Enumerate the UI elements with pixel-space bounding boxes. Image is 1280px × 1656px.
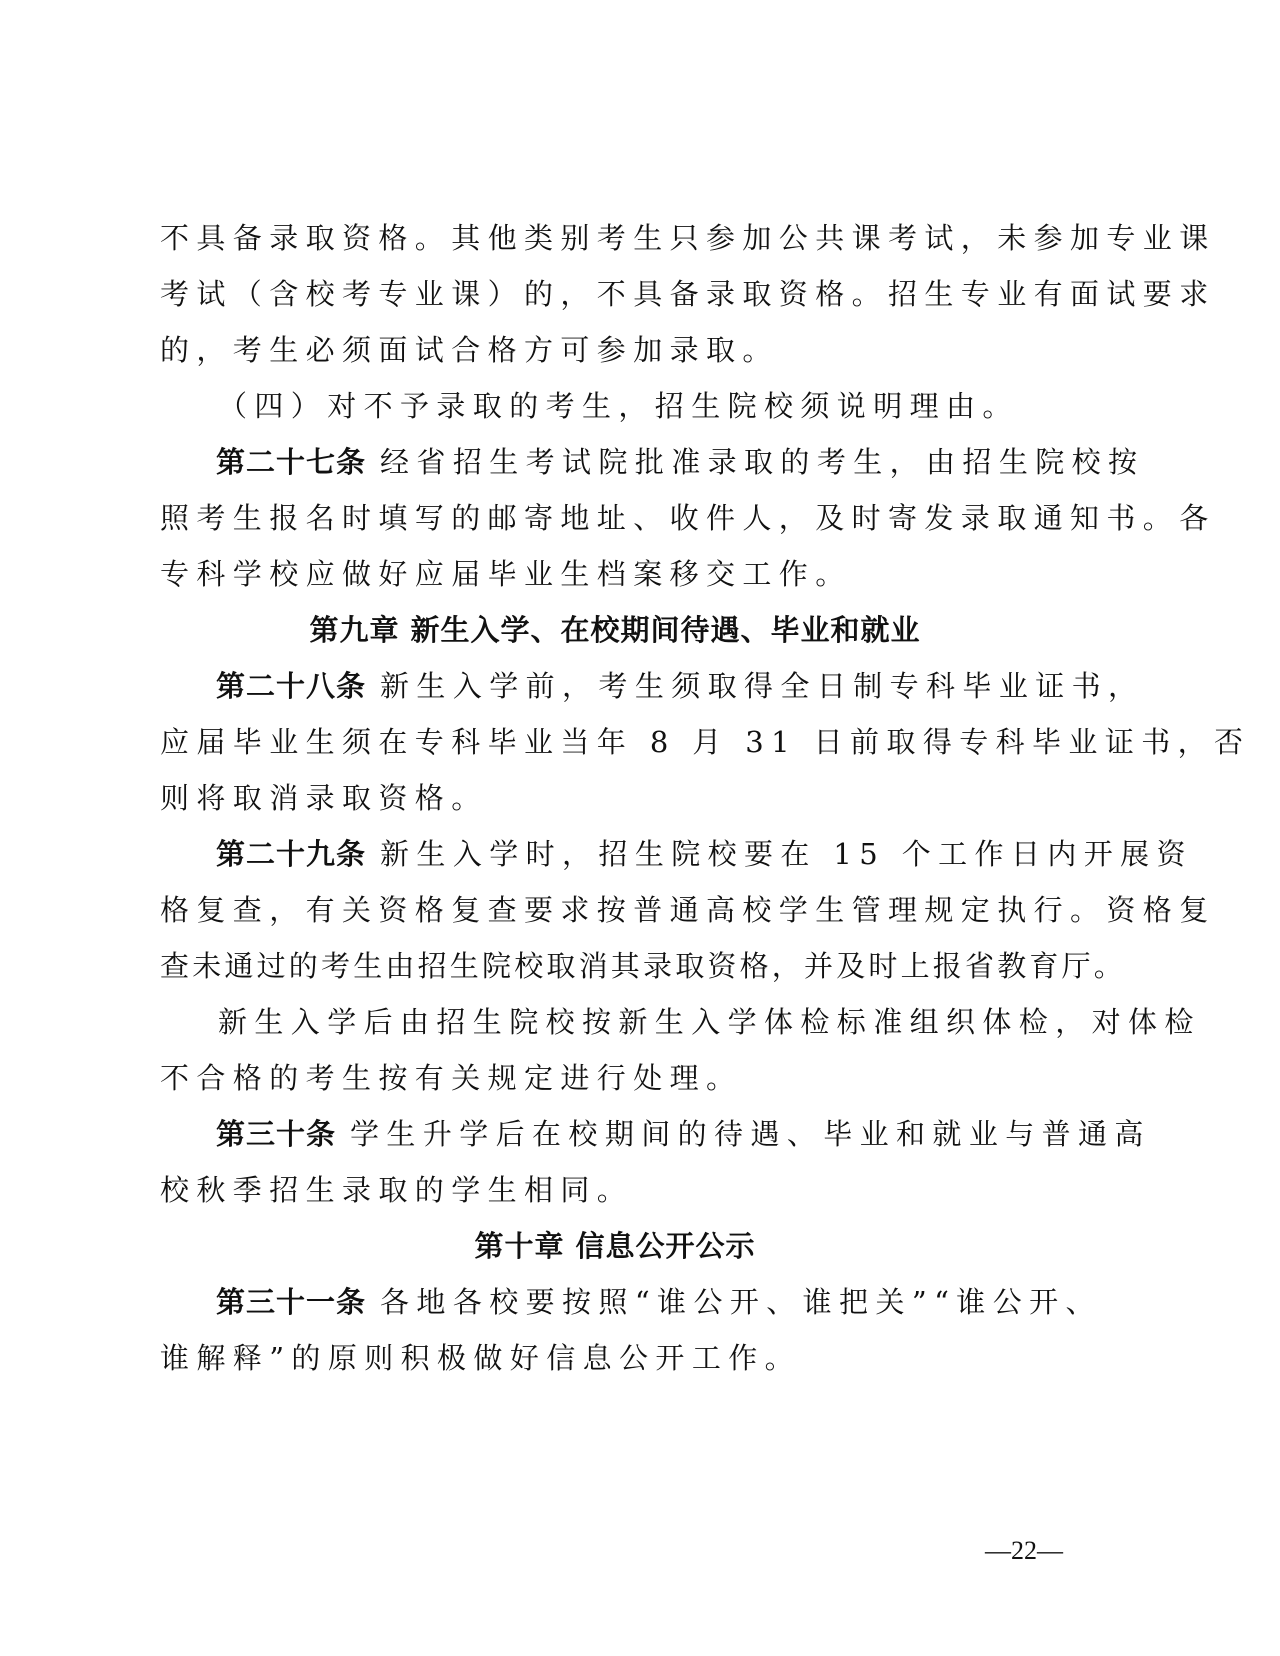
article-29: 第二十九条新生入学时，招生院校要在 15 个工作日内开展资 [160, 826, 1070, 882]
article-27: 第二十七条经省招生考试院批准录取的考生，由招生院校按 [160, 434, 1070, 490]
article-text: 学生升学后在校期间的待遇、毕业和就业与普通高 [350, 1117, 1151, 1151]
paragraph-line: 专科学校应做好应届毕业生档案移交工作。 [160, 546, 1070, 602]
paragraph-line: 不合格的考生按有关规定进行处理。 [160, 1050, 1070, 1106]
article-label: 第三十一条 [216, 1285, 366, 1319]
paragraph-line: 校秋季招生录取的学生相同。 [160, 1162, 1070, 1218]
paragraph-line: 照考生报名时填写的邮寄地址、收件人，及时寄发录取通知书。各 [160, 490, 1070, 546]
paragraph-line: （四）对不予录取的考生，招生院校须说明理由。 [160, 378, 1070, 434]
article-label: 第二十七条 [216, 445, 366, 479]
clause-text: （四）对不予录取的考生，招生院校须说明理由。 [218, 389, 1019, 423]
article-text: 新生入学前，考生须取得全日制专科毕业证书， [380, 669, 1144, 703]
paragraph-line: 则将取消录取资格。 [160, 770, 1070, 826]
document-page: 不具备录取资格。其他类别考生只参加公共课考试，未参加专业课 考试（含校考专业课）… [0, 0, 1280, 1656]
paragraph-line: 不具备录取资格。其他类别考生只参加公共课考试，未参加专业课 [160, 210, 1070, 266]
article-text: 经省招生考试院批准录取的考生，由招生院校按 [380, 445, 1144, 479]
article-label: 第二十八条 [216, 669, 366, 703]
paragraph-line: 新生入学后由招生院校按新生入学体检标准组织体检，对体检 [160, 994, 1070, 1050]
article-text: 新生入学时，招生院校要在 15 个工作日内开展资 [380, 837, 1193, 871]
paragraph-line: 查未通过的考生由招生院校取消其录取资格，并及时上报省教育厅。 [160, 938, 1070, 994]
article-30: 第三十条学生升学后在校期间的待遇、毕业和就业与普通高 [160, 1106, 1070, 1162]
paragraph-line: 的，考生必须面试合格方可参加录取。 [160, 322, 1070, 378]
chapter-heading-10: 第十章 信息公开公示 [160, 1218, 1070, 1274]
article-text: 各地各校要按照“谁公开、谁把关”“谁公开、 [380, 1285, 1102, 1319]
article-label: 第三十条 [216, 1117, 336, 1151]
paragraph-text: 新生入学后由招生院校按新生入学体检标准组织体检，对体检 [218, 1005, 1201, 1039]
paragraph-line: 格复查，有关资格复查要求按普通高校学生管理规定执行。资格复 [160, 882, 1070, 938]
page-number: —22— [985, 1536, 1063, 1566]
paragraph-line: 应届毕业生须在专科毕业当年 8 月 31 日前取得专科毕业证书，否 [160, 714, 1070, 770]
article-label: 第二十九条 [216, 837, 366, 871]
article-28: 第二十八条新生入学前，考生须取得全日制专科毕业证书， [160, 658, 1070, 714]
paragraph-line: 考试（含校考专业课）的，不具备录取资格。招生专业有面试要求 [160, 266, 1070, 322]
chapter-heading-9: 第九章 新生入学、在校期间待遇、毕业和就业 [160, 602, 1070, 658]
paragraph-line: 谁解释”的原则积极做好信息公开工作。 [160, 1330, 1070, 1386]
article-31: 第三十一条各地各校要按照“谁公开、谁把关”“谁公开、 [160, 1274, 1070, 1330]
